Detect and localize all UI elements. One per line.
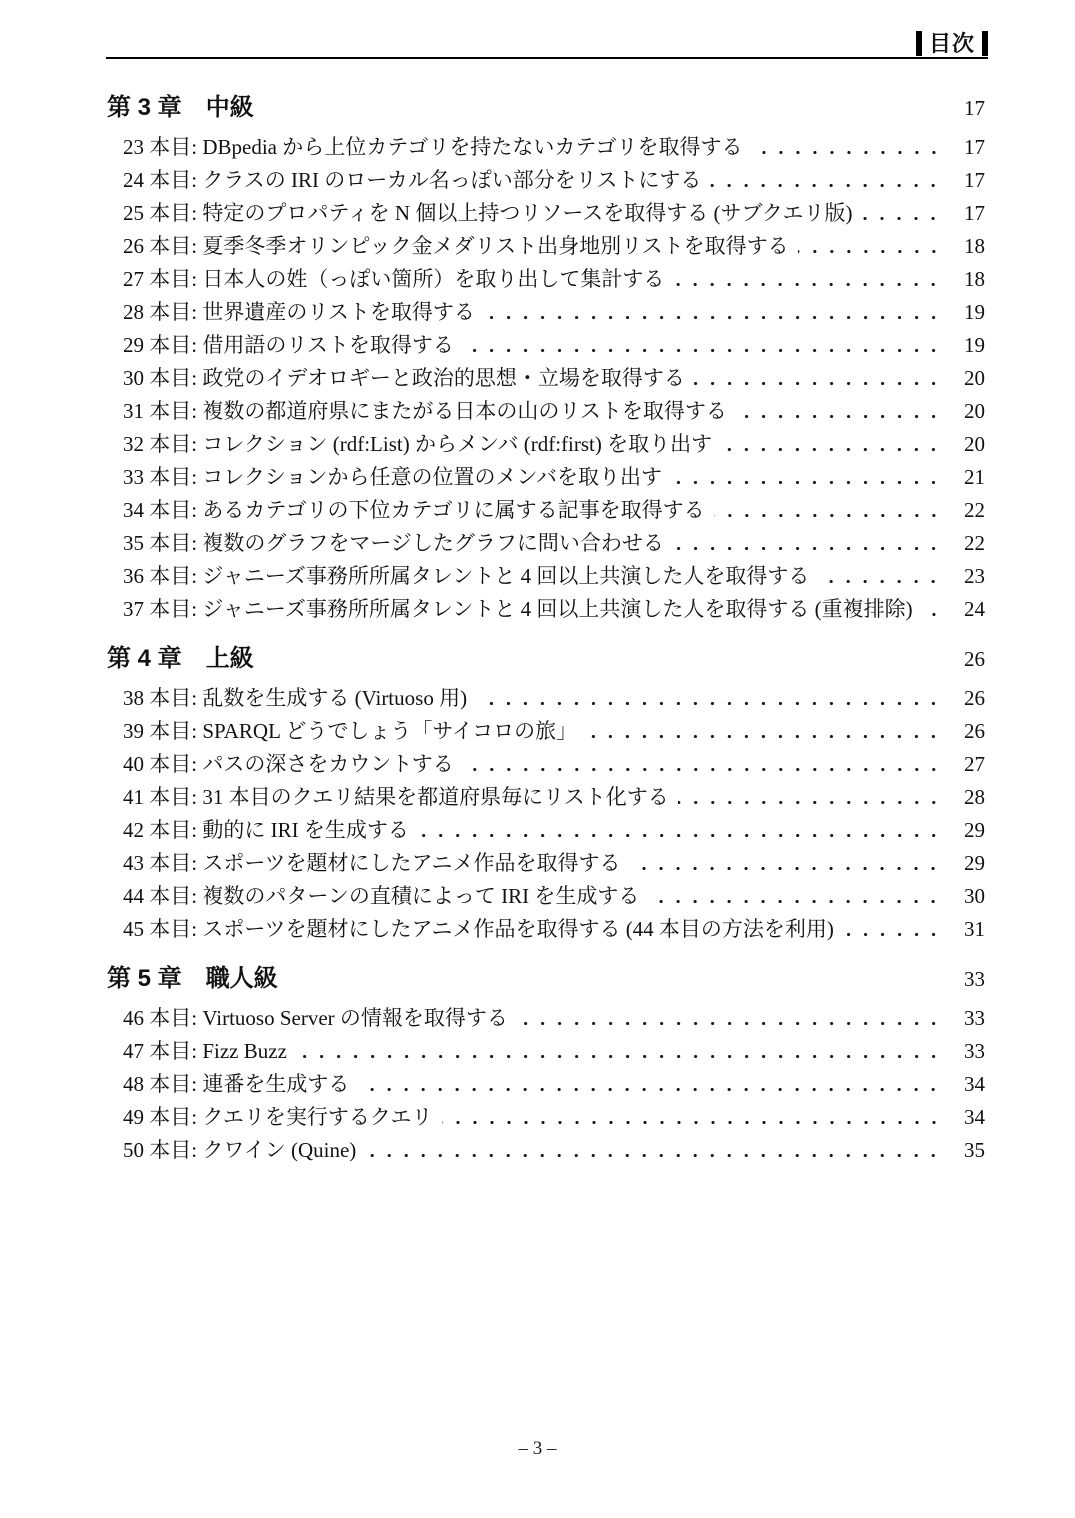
dot-leader — [678, 801, 942, 804]
toc-entry-title: 31 本目: 複数の都道府県にまたがる日本の山のリストを取得する — [123, 395, 727, 428]
page-header: 目次 — [916, 30, 988, 56]
toc-entry[interactable]: 44 本目: 複数のパターンの直積によって IRI を生成する 30 — [123, 880, 985, 913]
toc-entry-page-number: 22 — [955, 527, 985, 560]
dot-leader — [721, 448, 942, 451]
dot-leader — [463, 349, 942, 352]
toc-entry-page-number: 24 — [955, 593, 985, 626]
toc-entry-title: 50 本目: クワイン (Quine) — [123, 1134, 356, 1167]
toc-entry-title: 36 本目: ジャニーズ事務所所属タレントと 4 回以上共演した人を取得する — [123, 560, 809, 593]
toc-entry-page-number: 20 — [955, 395, 985, 428]
toc-entry[interactable]: 48 本目: 連番を生成する 34 — [123, 1068, 985, 1101]
toc-entry-page-number: 31 — [955, 913, 985, 946]
toc-entry-page-number: 20 — [955, 362, 985, 395]
toc-entry-title: 44 本目: 複数のパターンの直積によって IRI を生成する — [123, 880, 639, 913]
toc-entry-title: 39 本目: SPARQL どうでしょう「サイコロの旅」 — [123, 715, 577, 748]
dot-leader — [484, 316, 942, 319]
toc-entry-page-number: 27 — [955, 748, 985, 781]
toc-entry-title: 35 本目: 複数のグラフをマージしたグラフに問い合わせる — [123, 527, 664, 560]
toc-entry-title: 32 本目: コレクション (rdf:List) からメンバ (rdf:firs… — [123, 428, 712, 461]
toc-entry-page-number: 19 — [955, 296, 985, 329]
toc-entry-title: 28 本目: 世界遺産のリストを取得する — [123, 296, 475, 329]
toc-entry-title: 37 本目: ジャニーズ事務所所属タレントと 4 回以上共演した人を取得する (… — [123, 593, 913, 626]
toc-entry[interactable]: 38 本目: 乱数を生成する (Virtuoso 用) 26 — [123, 682, 985, 715]
toc-entry[interactable]: 23 本目: DBpedia から上位カテゴリを持たないカテゴリを取得する 17 — [123, 131, 985, 164]
chapter-title: 上級 — [206, 644, 254, 674]
dot-leader — [673, 547, 942, 550]
toc-entry-page-number: 18 — [955, 230, 985, 263]
toc-entry[interactable]: 50 本目: クワイン (Quine) 35 — [123, 1134, 985, 1167]
toc-entry-title: 27 本目: 日本人の姓（っぽい箇所）を取り出して集計する — [123, 263, 664, 296]
toc-entry[interactable]: 36 本目: ジャニーズ事務所所属タレントと 4 回以上共演した人を取得する 2… — [123, 560, 985, 593]
page-header-title: 目次 — [929, 31, 975, 56]
toc-entry[interactable]: 37 本目: ジャニーズ事務所所属タレントと 4 回以上共演した人を取得する (… — [123, 593, 985, 626]
toc-chapter: 第 3 章 中級 17 23 本目: DBpedia から上位カテゴリを持たない… — [107, 93, 985, 626]
page-number-footer: – 3 – — [0, 1438, 1075, 1460]
toc-entry-title: 48 本目: 連番を生成する — [123, 1068, 349, 1101]
toc-entry-page-number: 28 — [955, 781, 985, 814]
toc-entry[interactable]: 30 本目: 政党のイデオロギーと政治的思想・立場を取得する 20 — [123, 362, 985, 395]
toc-entry-page-number: 26 — [955, 715, 985, 748]
toc-entry-title: 34 本目: あるカテゴリの下位カテゴリに属する記事を取得する — [123, 494, 705, 527]
toc-entry[interactable]: 40 本目: パスの深さをカウントする 27 — [123, 748, 985, 781]
chapter-items: 38 本目: 乱数を生成する (Virtuoso 用) 26 39 本目: SP… — [107, 682, 985, 946]
chapter-number: 第 4 章 — [107, 644, 182, 674]
toc-entry-title: 26 本目: 夏季冬季オリンピック金メダリスト出身地別リストを取得する — [123, 230, 789, 263]
toc-entry-page-number: 20 — [955, 428, 985, 461]
dot-leader — [629, 867, 942, 870]
dot-leader — [673, 283, 942, 286]
toc-entry-title: 38 本目: 乱数を生成する (Virtuoso 用) — [123, 682, 467, 715]
toc-entry-title: 42 本目: 動的に IRI を生成する — [123, 814, 409, 847]
toc-entry[interactable]: 47 本目: Fizz Buzz 33 — [123, 1035, 985, 1068]
toc-entry-title: 46 本目: Virtuoso Server の情報を取得する — [123, 1002, 508, 1035]
dot-leader — [922, 613, 942, 616]
toc-entry-page-number: 29 — [955, 847, 985, 880]
chapter-page-number: 17 — [955, 93, 985, 123]
dot-leader — [798, 250, 942, 253]
toc-entry-title: 47 本目: Fizz Buzz — [123, 1035, 287, 1068]
toc-chapter: 第 4 章 上級 26 38 本目: 乱数を生成する (Virtuoso 用) … — [107, 644, 985, 946]
dot-leader — [671, 481, 942, 484]
toc-entry[interactable]: 39 本目: SPARQL どうでしょう「サイコロの旅」 26 — [123, 715, 985, 748]
toc-entry-page-number: 23 — [955, 560, 985, 593]
toc-entry-title: 45 本目: スポーツを題材にしたアニメ作品を取得する (44 本目の方法を利用… — [123, 913, 834, 946]
toc-entry[interactable]: 42 本目: 動的に IRI を生成する 29 — [123, 814, 985, 847]
dot-leader — [714, 514, 942, 517]
toc-entry-title: 24 本目: クラスの IRI のローカル名っぽい部分をリストにする — [123, 164, 701, 197]
toc-entry[interactable]: 29 本目: 借用語のリストを取得する 19 — [123, 329, 985, 362]
toc-entry-page-number: 30 — [955, 880, 985, 913]
toc-entry-page-number: 34 — [955, 1068, 985, 1101]
toc-entry-title: 30 本目: 政党のイデオロギーと政治的思想・立場を取得する — [123, 362, 685, 395]
toc-chapter-heading[interactable]: 第 5 章 職人級 33 — [107, 964, 985, 994]
toc-entry[interactable]: 41 本目: 31 本目のクエリ結果を都道府県毎にリスト化する 28 — [123, 781, 985, 814]
toc-entry[interactable]: 25 本目: 特定のプロパティを N 個以上持つリソースを取得する (サブクエリ… — [123, 197, 985, 230]
toc-entry-title: 33 本目: コレクションから任意の位置のメンバを取り出す — [123, 461, 662, 494]
toc-entry-page-number: 17 — [955, 131, 985, 164]
toc-entry[interactable]: 33 本目: コレクションから任意の位置のメンバを取り出す 21 — [123, 461, 985, 494]
toc-entry-title: 23 本目: DBpedia から上位カテゴリを持たないカテゴリを取得する — [123, 131, 743, 164]
toc-chapter-heading[interactable]: 第 3 章 中級 17 — [107, 93, 985, 123]
toc-entry-title: 41 本目: 31 本目のクエリ結果を都道府県毎にリスト化する — [123, 781, 669, 814]
toc-entry-page-number: 21 — [955, 461, 985, 494]
dot-leader — [736, 415, 942, 418]
toc-entry-page-number: 22 — [955, 494, 985, 527]
toc-entry[interactable]: 28 本目: 世界遺産のリストを取得する 19 — [123, 296, 985, 329]
dot-leader — [861, 217, 942, 220]
header-rule — [106, 57, 988, 59]
chapter-page-number: 26 — [955, 644, 985, 674]
chapter-number: 第 3 章 — [107, 93, 182, 123]
chapter-items: 23 本目: DBpedia から上位カテゴリを持たないカテゴリを取得する 17… — [107, 131, 985, 626]
toc-entry[interactable]: 27 本目: 日本人の姓（っぽい箇所）を取り出して集計する 18 — [123, 263, 985, 296]
toc-entry-title: 43 本目: スポーツを題材にしたアニメ作品を取得する — [123, 847, 620, 880]
toc-chapter: 第 5 章 職人級 33 46 本目: Virtuoso Server の情報を… — [107, 964, 985, 1167]
header-left-bar-icon — [916, 31, 922, 56]
toc-entry[interactable]: 31 本目: 複数の都道府県にまたがる日本の山のリストを取得する 20 — [123, 395, 985, 428]
dot-leader — [586, 735, 942, 738]
dot-leader — [648, 900, 942, 903]
dot-leader — [710, 184, 942, 187]
toc-entry[interactable]: 46 本目: Virtuoso Server の情報を取得する 33 — [123, 1002, 985, 1035]
toc-entry[interactable]: 43 本目: スポーツを題材にしたアニメ作品を取得する 29 — [123, 847, 985, 880]
chapter-page-number: 33 — [955, 964, 985, 994]
toc: 第 3 章 中級 17 23 本目: DBpedia から上位カテゴリを持たない… — [107, 93, 985, 1167]
toc-entry-page-number: 29 — [955, 814, 985, 847]
toc-entry-title: 49 本目: クエリを実行するクエリ — [123, 1101, 433, 1134]
dot-leader — [296, 1055, 942, 1058]
dot-leader — [694, 382, 942, 385]
toc-entry[interactable]: 32 本目: コレクション (rdf:List) からメンバ (rdf:firs… — [123, 428, 985, 461]
chapter-items: 46 本目: Virtuoso Server の情報を取得する 33 47 本目… — [107, 1002, 985, 1167]
chapter-title: 職人級 — [206, 964, 278, 994]
toc-entry-page-number: 17 — [955, 164, 985, 197]
chapter-number: 第 5 章 — [107, 964, 182, 994]
dot-leader — [843, 933, 942, 936]
dot-leader — [442, 1121, 943, 1124]
toc-chapter-heading[interactable]: 第 4 章 上級 26 — [107, 644, 985, 674]
toc-entry-page-number: 18 — [955, 263, 985, 296]
toc-entry[interactable]: 24 本目: クラスの IRI のローカル名っぽい部分をリストにする 17 — [123, 164, 985, 197]
dot-leader — [418, 834, 942, 837]
toc-entry[interactable]: 34 本目: あるカテゴリの下位カテゴリに属する記事を取得する 22 — [123, 494, 985, 527]
toc-entry-page-number: 33 — [955, 1035, 985, 1068]
toc-entry-page-number: 19 — [955, 329, 985, 362]
toc-entry[interactable]: 26 本目: 夏季冬季オリンピック金メダリスト出身地別リストを取得する 18 — [123, 230, 985, 263]
toc-entry-page-number: 33 — [955, 1002, 985, 1035]
dot-leader — [752, 151, 942, 154]
toc-entry[interactable]: 49 本目: クエリを実行するクエリ 34 — [123, 1101, 985, 1134]
chapter-title: 中級 — [206, 93, 254, 123]
dot-leader — [463, 768, 942, 771]
dot-leader — [476, 702, 942, 705]
toc-entry-title: 40 本目: パスの深さをカウントする — [123, 748, 454, 781]
header-right-bar-icon — [982, 31, 988, 56]
toc-entry-page-number: 35 — [955, 1134, 985, 1167]
toc-entry-page-number: 34 — [955, 1101, 985, 1134]
dot-leader — [358, 1088, 942, 1091]
toc-entry[interactable]: 35 本目: 複数のグラフをマージしたグラフに問い合わせる 22 — [123, 527, 985, 560]
toc-entry-page-number: 26 — [955, 682, 985, 715]
toc-entry-title: 25 本目: 特定のプロパティを N 個以上持つリソースを取得する (サブクエリ… — [123, 197, 852, 230]
toc-entry-title: 29 本目: 借用語のリストを取得する — [123, 329, 454, 362]
toc-entry[interactable]: 45 本目: スポーツを題材にしたアニメ作品を取得する (44 本目の方法を利用… — [123, 913, 985, 946]
dot-leader — [365, 1154, 942, 1157]
toc-entry-page-number: 17 — [955, 197, 985, 230]
dot-leader — [818, 580, 942, 583]
dot-leader — [517, 1022, 942, 1025]
